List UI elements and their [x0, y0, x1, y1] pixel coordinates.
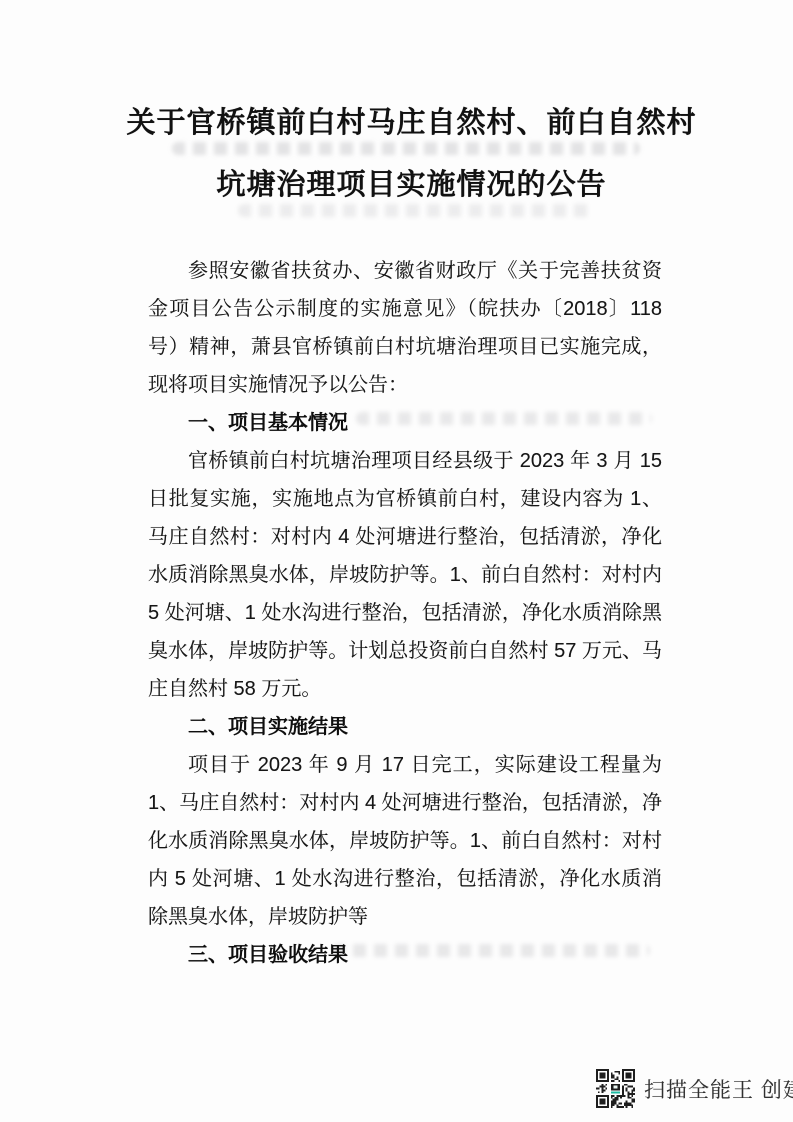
section-heading-3: 三、项目验收结果: [148, 936, 662, 974]
paragraph-intro: 参照安徽省扶贫办、安徽省财政厅《关于完善扶贫资金项目公告公示制度的实施意见》（皖…: [148, 252, 662, 404]
scanner-credit-label: 扫描全能王 创建: [644, 1074, 793, 1104]
paragraph-section-1: 官桥镇前白村坑塘治理项目经县级于 2023 年 3 月 15 日批复实施，实施地…: [148, 442, 662, 708]
document-title: 关于官桥镇前白村马庄自然村、前白自然村 坑塘治理项目实施情况的公告: [40, 92, 783, 216]
title-line-1: 关于官桥镇前白村马庄自然村、前白自然村: [40, 92, 783, 154]
section-heading-1: 一、项目基本情况: [148, 404, 662, 442]
section-heading-2: 二、项目实施结果: [148, 708, 662, 746]
title-line-2: 坑塘治理项目实施情况的公告: [40, 154, 783, 216]
scanned-document-page: 关于官桥镇前白村马庄自然村、前白自然村 坑塘治理项目实施情况的公告 参照安徽省扶…: [0, 0, 793, 1122]
document-body: 参照安徽省扶贫办、安徽省财政厅《关于完善扶贫资金项目公告公示制度的实施意见》（皖…: [148, 252, 662, 974]
scanner-credit: 扫描全能王 创建: [596, 1069, 793, 1108]
camscanner-qr-code-icon: [596, 1069, 635, 1108]
paragraph-section-2: 项目于 2023 年 9 月 17 日完工，实际建设工程量为 1、马庄自然村：对…: [148, 746, 662, 936]
